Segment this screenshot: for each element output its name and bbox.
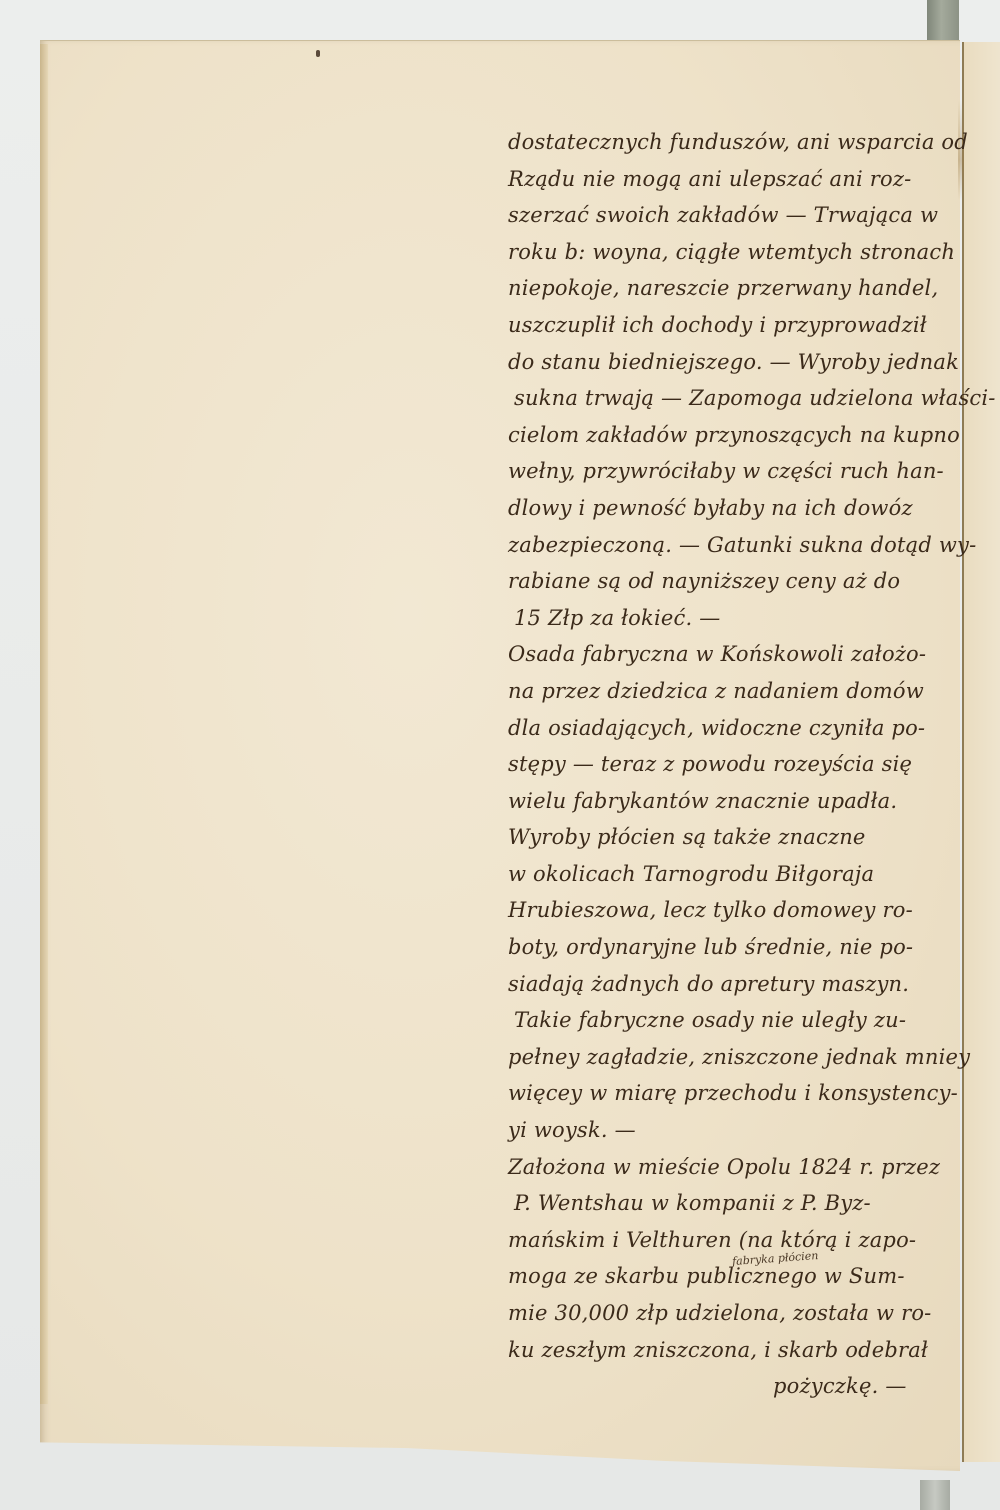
bleed-through-text bbox=[70, 60, 490, 1360]
manuscript-line: ku zeszłym zniszczona, i skarb odebrał bbox=[508, 1332, 958, 1369]
manuscript-line: niepokoje, nareszcie przerwany handel, bbox=[508, 270, 958, 307]
manuscript-line: pożyczkę. — bbox=[508, 1368, 958, 1405]
manuscript-line: sukna trwają — Zapomoga udzielona właści… bbox=[508, 380, 958, 417]
manuscript-line: mie 30,000 złp udzielona, została w ro- bbox=[508, 1295, 958, 1332]
manuscript-text: dostatecznych funduszów, ani wsparcia od… bbox=[508, 124, 958, 1405]
manuscript-line: zabezpieczoną. — Gatunki sukna dotąd wy- bbox=[508, 527, 958, 564]
manuscript-line: siadają żadnych do apretury maszyn. bbox=[508, 966, 958, 1003]
manuscript-line: cielom zakładów przynoszących na kupno bbox=[508, 417, 958, 454]
manuscript-line: 15 Złp za łokieć. — bbox=[508, 600, 958, 637]
manuscript-line: stępy — teraz z powodu rozeyścia się bbox=[508, 746, 958, 783]
manuscript-line: na przez dziedzica z nadaniem domów bbox=[508, 673, 958, 710]
manuscript-line: Hrubieszowa, lecz tylko domowey ro- bbox=[508, 892, 958, 929]
manuscript-line: wełny, przywróciłaby w części ruch han- bbox=[508, 453, 958, 490]
manuscript-line: mańskim i Velthuren (na którą i zapo- bbox=[508, 1222, 958, 1259]
manuscript-line: Wyroby płócien są także znaczne bbox=[508, 819, 958, 856]
manuscript-line: uszczuplił ich dochody i przyprowadził bbox=[508, 307, 958, 344]
manuscript-line: yi woysk. — bbox=[508, 1112, 958, 1149]
manuscript-line: Rządu nie mogą ani ulepszać ani roz- bbox=[508, 161, 958, 198]
binding-clip-bottom bbox=[920, 1480, 950, 1510]
manuscript-line: boty, ordynaryjne lub średnie, nie po- bbox=[508, 929, 958, 966]
manuscript-line: Osada fabryczna w Końskowoli założo- bbox=[508, 636, 958, 673]
manuscript-line: szerzać swoich zakładów — Trwająca w bbox=[508, 197, 958, 234]
manuscript-line: roku b: woyna, ciągłe wtemtych stronach bbox=[508, 234, 958, 271]
page-left-edge bbox=[40, 44, 48, 1404]
manuscript-line: w okolicach Tarnogrodu Biłgoraja bbox=[508, 856, 958, 893]
manuscript-line: Założona w mieście Opolu 1824 r. przez bbox=[508, 1149, 958, 1186]
manuscript-line: dlowy i pewność byłaby na ich dowóz bbox=[508, 490, 958, 527]
manuscript-line: dostatecznych funduszów, ani wsparcia od bbox=[508, 124, 958, 161]
manuscript-line: wielu fabrykantów znacznie upadła. bbox=[508, 783, 958, 820]
manuscript-line: pełney zagładzie, zniszczone jednak mnie… bbox=[508, 1039, 958, 1076]
binding-clip-top bbox=[927, 0, 959, 44]
manuscript-line: rabiane są od nayniższey ceny aż do bbox=[508, 563, 958, 600]
manuscript-line: dla osiadających, widoczne czyniła po- bbox=[508, 710, 958, 747]
adjacent-page-strip bbox=[962, 42, 1000, 1462]
ink-spot bbox=[316, 50, 320, 57]
manuscript-line: P. Wentshau w kompanii z P. Byz- bbox=[508, 1185, 958, 1222]
manuscript-line: do stanu biedniejszego. — Wyroby jednak bbox=[508, 344, 958, 381]
manuscript-line: Takie fabryczne osady nie uległy zu- bbox=[508, 1002, 958, 1039]
manuscript-line: więcey w miarę przechodu i konsystency- bbox=[508, 1075, 958, 1112]
